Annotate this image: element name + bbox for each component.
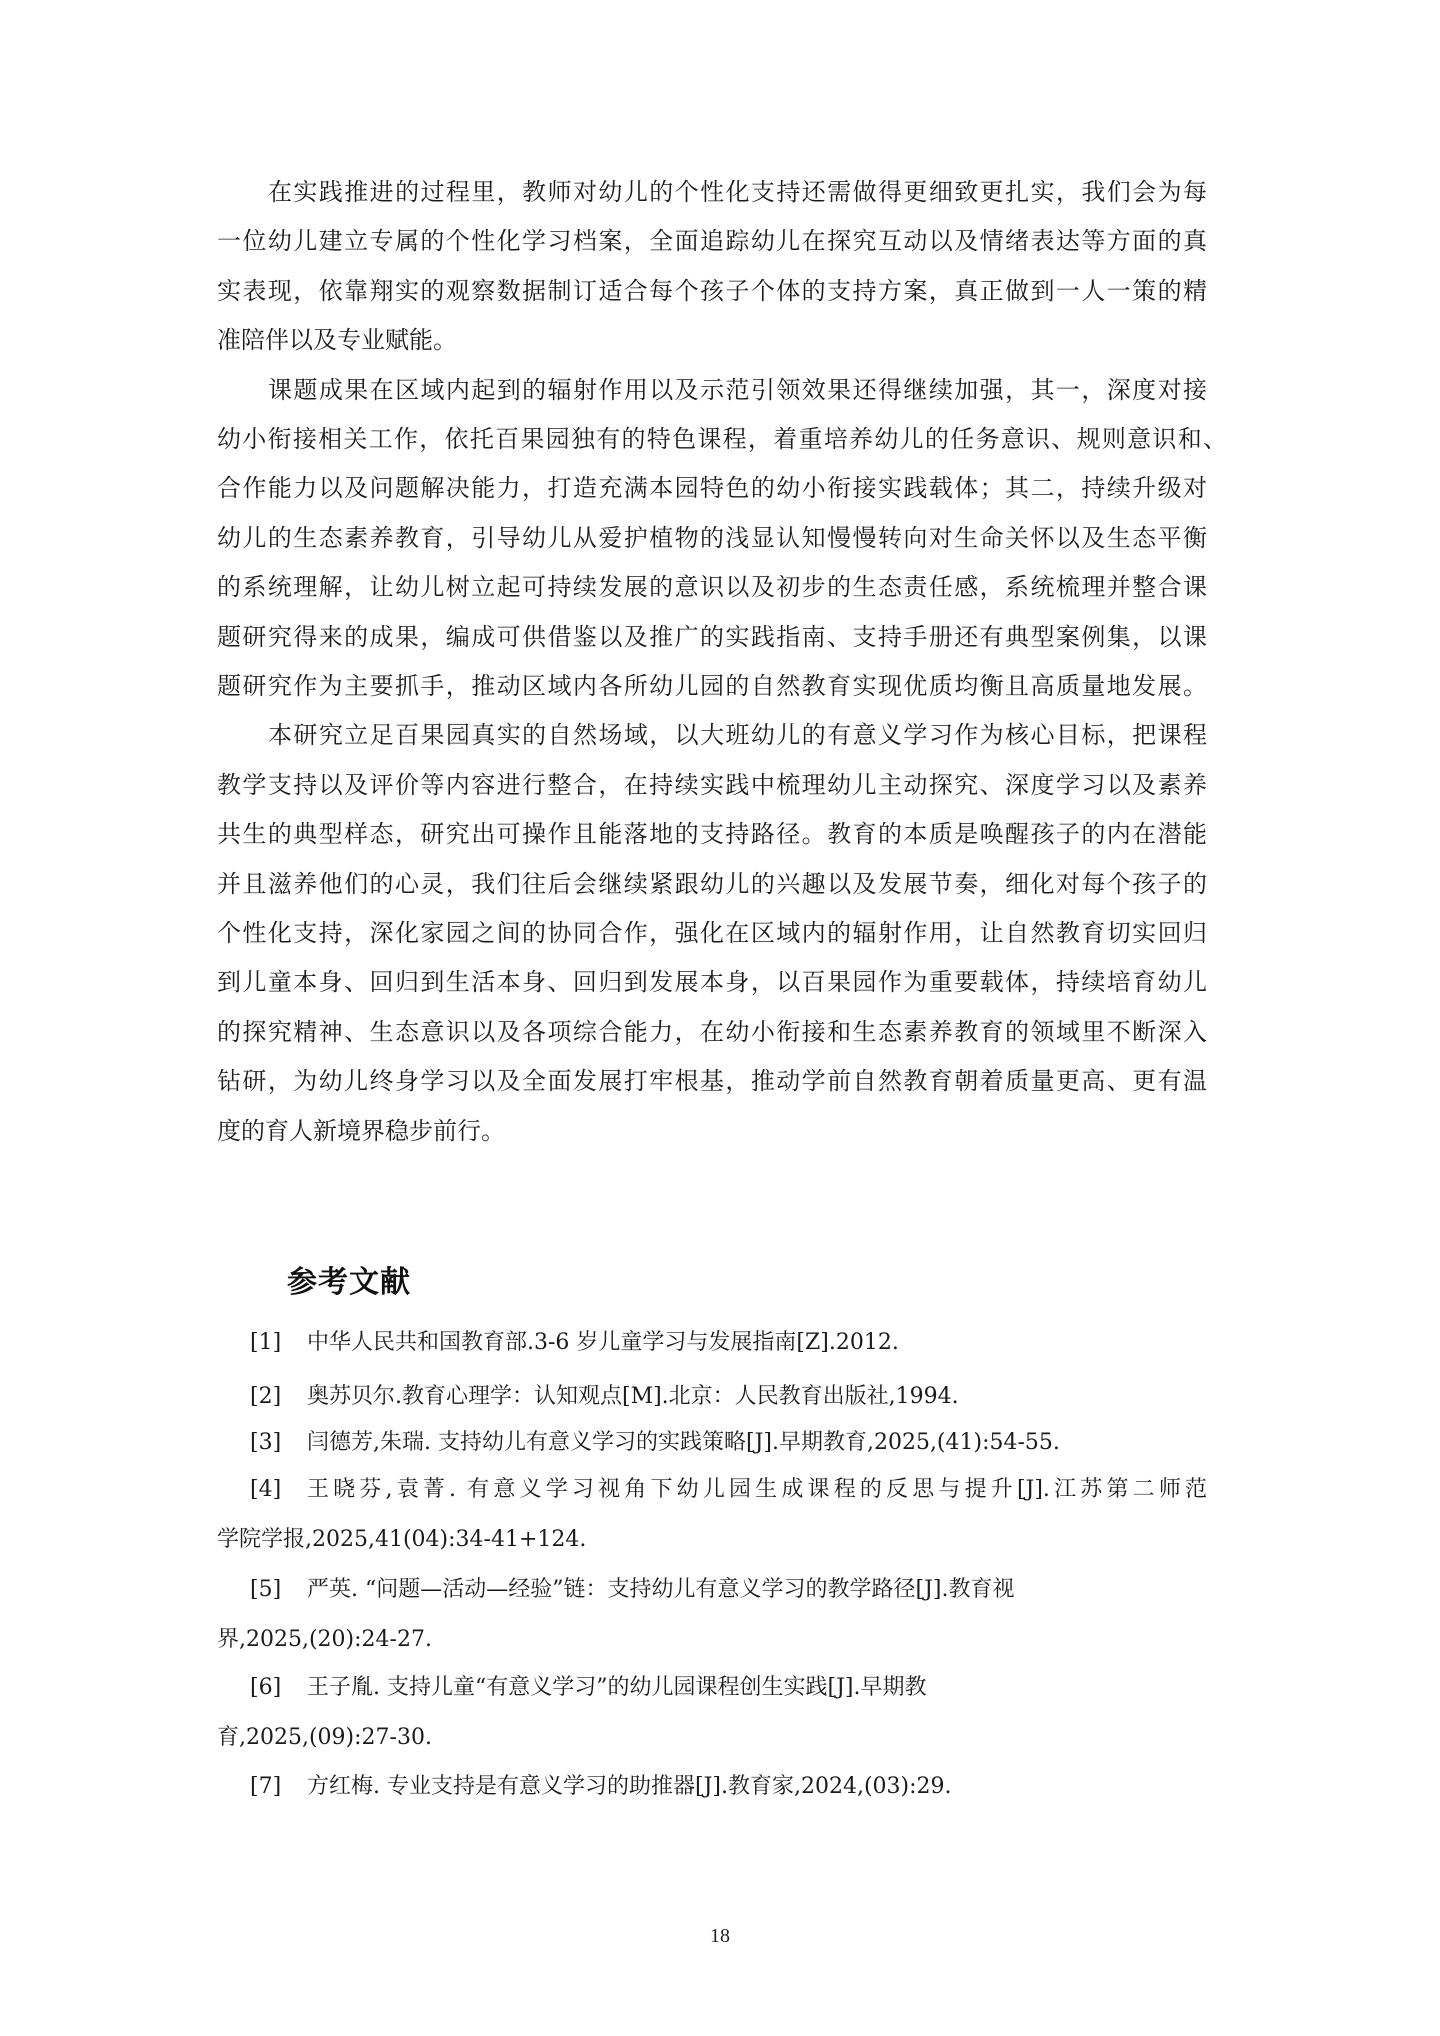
reference-item-2: [2] 奥苏贝尔.教育心理学：认知观点[M].北京：人民教育出版社,1994. bbox=[0, 1382, 1440, 1412]
paragraph-line: 教学支持以及评价等内容进行整合，在持续实践中梳理幼儿主动探究、深度学习以及素养 bbox=[217, 770, 1207, 800]
paragraph-line: 题研究得来的成果，编成可供借鉴以及推广的实践指南、支持手册还有典型案例集，以课 bbox=[217, 622, 1207, 652]
paragraph-line: 钻研，为幼儿终身学习以及全面发展打牢根基，推动学前自然教育朝着质量更高、更有温 bbox=[217, 1066, 1207, 1096]
paragraph-line: 度的育人新境界稳步前行。 bbox=[217, 1116, 1207, 1146]
reference-number: [1] bbox=[250, 1328, 281, 1358]
reference-number: [4] bbox=[250, 1475, 281, 1505]
references-heading: 参考文献 bbox=[287, 1266, 411, 1300]
reference-item-4: [4] 王晓芬,袁菁. 有意义学习视角下幼儿园生成课程的反思与提升[J].江苏第… bbox=[0, 1475, 1440, 1505]
reference-item-7: [7] 方红梅. 专业支持是有意义学习的助推器[J].教育家,2024,(03)… bbox=[0, 1772, 1440, 1802]
paragraph-line: 准陪伴以及专业赋能。 bbox=[217, 325, 1207, 355]
reference-number: [2] bbox=[250, 1382, 281, 1412]
reference-text-continued: 界,2025,(20):24-27. bbox=[217, 1625, 432, 1655]
reference-item-5-continued: 界,2025,(20):24-27. bbox=[0, 1625, 1440, 1655]
reference-text: 王晓芬,袁菁. 有意义学习视角下幼儿园生成课程的反思与提升[J].江苏第二师范 bbox=[307, 1475, 1207, 1505]
paragraph-line: 的探究精神、生态意识以及各项综合能力，在幼小衔接和生态素养教育的领域里不断深入 bbox=[217, 1017, 1207, 1047]
reference-text: 严英. “问题—活动—经验”链：支持幼儿有意义学习的教学路径[J].教育视 bbox=[307, 1575, 1014, 1605]
paragraph-line: 实表现，依靠翔实的观察数据制订适合每个孩子个体的支持方案，真正做到一人一策的精 bbox=[217, 276, 1207, 306]
reference-item-3: [3] 闫德芳,朱瑞. 支持幼儿有意义学习的实践策略[J].早期教育,2025,… bbox=[0, 1428, 1440, 1458]
paragraph-line: 到儿童本身、回归到生活本身、回归到发展本身，以百果园作为重要载体，持续培育幼儿 bbox=[217, 967, 1207, 997]
reference-text: 奥苏贝尔.教育心理学：认知观点[M].北京：人民教育出版社,1994. bbox=[307, 1382, 959, 1412]
reference-number: [3] bbox=[250, 1428, 281, 1458]
document-page: 在实践推进的过程里，教师对幼儿的个性化支持还需做得更细致更扎实，我们会为每 一位… bbox=[0, 0, 1440, 2036]
reference-number: [6] bbox=[250, 1673, 281, 1703]
paragraph-line: 并且滋养他们的心灵，我们往后会继续紧跟幼儿的兴趣以及发展节奏，细化对每个孩子的 bbox=[217, 869, 1207, 899]
paragraph-line: 课题成果在区域内起到的辐射作用以及示范引领效果还得继续加强，其一，深度对接 bbox=[268, 375, 1207, 405]
reference-text-continued: 育,2025,(09):27-30. bbox=[217, 1723, 432, 1753]
reference-text-continued: 学院学报,2025,41(04):34-41+124. bbox=[217, 1525, 586, 1555]
reference-item-6: [6] 王子胤. 支持儿童“有意义学习”的幼儿园课程创生实践[J].早期教 bbox=[0, 1673, 1440, 1703]
reference-item-4-continued: 学院学报,2025,41(04):34-41+124. bbox=[0, 1525, 1440, 1555]
reference-text: 闫德芳,朱瑞. 支持幼儿有意义学习的实践策略[J].早期教育,2025,(41)… bbox=[307, 1428, 1060, 1458]
reference-item-1: [1] 中华人民共和国教育部.3-6 岁儿童学习与发展指南[Z].2012. bbox=[0, 1328, 1440, 1358]
reference-number: [5] bbox=[250, 1575, 281, 1605]
page-number: 18 bbox=[0, 1925, 1440, 1948]
paragraph-line: 本研究立足百果园真实的自然场域，以大班幼儿的有意义学习作为核心目标，把课程 bbox=[268, 720, 1207, 750]
paragraph-line: 一位幼儿建立专属的个性化学习档案，全面追踪幼儿在探究互动以及情绪表达等方面的真 bbox=[217, 226, 1207, 256]
reference-text: 方红梅. 专业支持是有意义学习的助推器[J].教育家,2024,(03):29. bbox=[307, 1772, 952, 1802]
paragraph-line: 幼小衔接相关工作，依托百果园独有的特色课程，着重培养幼儿的任务意识、规则意识和、 bbox=[217, 424, 1227, 454]
reference-item-5: [5] 严英. “问题—活动—经验”链：支持幼儿有意义学习的教学路径[J].教育… bbox=[0, 1575, 1440, 1605]
paragraph-line: 个性化支持，深化家园之间的协同合作，强化在区域内的辐射作用，让自然教育切实回归 bbox=[217, 918, 1207, 948]
reference-item-6-continued: 育,2025,(09):27-30. bbox=[0, 1723, 1440, 1753]
reference-text: 中华人民共和国教育部.3-6 岁儿童学习与发展指南[Z].2012. bbox=[307, 1328, 899, 1358]
paragraph-line: 共生的典型样态，研究出可操作且能落地的支持路径。教育的本质是唤醒孩子的内在潜能 bbox=[217, 819, 1207, 849]
paragraph-line: 合作能力以及问题解决能力，打造充满本园特色的幼小衔接实践载体；其二，持续升级对 bbox=[217, 473, 1207, 503]
reference-text: 王子胤. 支持儿童“有意义学习”的幼儿园课程创生实践[J].早期教 bbox=[307, 1673, 926, 1703]
paragraph-line: 在实践推进的过程里，教师对幼儿的个性化支持还需做得更细致更扎实，我们会为每 bbox=[268, 177, 1207, 207]
paragraph-line: 题研究作为主要抓手，推动区域内各所幼儿园的自然教育实现优质均衡且高质量地发展。 bbox=[217, 671, 1207, 701]
paragraph-line: 幼儿的生态素养教育，引导幼儿从爱护植物的浅显认知慢慢转向对生命关怀以及生态平衡 bbox=[217, 523, 1207, 553]
reference-number: [7] bbox=[250, 1772, 281, 1802]
paragraph-line: 的系统理解，让幼儿树立起可持续发展的意识以及初步的生态责任感，系统梳理并整合课 bbox=[217, 572, 1207, 602]
